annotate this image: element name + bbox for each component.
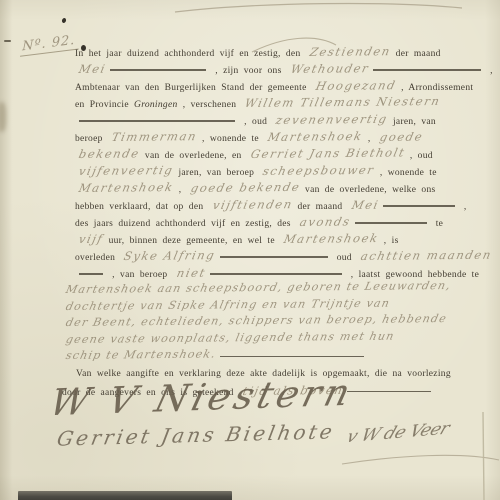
top-flourish-stroke: [175, 3, 462, 12]
printed-text: , wonende te: [375, 168, 437, 178]
signature-registrar: v W de Veer: [344, 419, 452, 447]
handwritten-entry: niet: [175, 265, 208, 282]
act-line: overleden Syke Alfring oud achttien maan…: [62, 248, 474, 265]
blank-filler-rule: [383, 205, 455, 206]
blank-filler-rule: [79, 273, 103, 274]
handwritten-entry: Gerriet Jans Bietholt: [249, 144, 407, 163]
printed-text: der maand: [390, 49, 440, 59]
act-line: In het jaar duizend achthonderd vijf en …: [62, 44, 474, 61]
act-text-block: In het jaar duizend achthonderd vijf en …: [62, 44, 474, 400]
act-line: des jaars duizend achthonderd vijf en ze…: [62, 214, 474, 231]
blank-filler-rule: [220, 356, 364, 357]
handwritten-entry: Zestienden: [308, 43, 393, 61]
handwritten-entry: bekende: [77, 145, 142, 163]
printed-text: , wonende te: [197, 134, 264, 144]
handwritten-entry: Martenshoek: [282, 230, 381, 248]
printed-text: van de overledene, en: [140, 151, 247, 161]
printed-text: overleden: [75, 253, 120, 263]
printed-text: des jaars duizend achthonderd vijf en ze…: [75, 219, 296, 229]
printed-text: In het jaar duizend achthonderd vijf en …: [75, 49, 306, 59]
act-line: vijfenveertig jaren, van beroep scheepsb…: [62, 163, 474, 180]
printed-text: der maand: [292, 202, 347, 212]
handwritten-entry: achttien maanden: [359, 247, 494, 265]
act-line: Mei , zijn voor ons Wethouder ,: [62, 61, 474, 78]
printed-text: , van beroep: [107, 270, 173, 280]
handwritten-details-block: Martenshoek aan scheepsboord, geboren te…: [62, 282, 474, 365]
handwritten-entry: Martenshoek aan scheepsboord, geboren te…: [64, 278, 453, 299]
blank-filler-rule: [347, 391, 431, 392]
handwritten-entry: Syke Alfring: [122, 247, 217, 265]
printed-text: ,: [459, 202, 467, 212]
printed-text: , Arrondissement: [396, 83, 473, 93]
printed-text: Groningen: [134, 100, 178, 110]
act-printed-form-lines: In het jaar duizend achthonderd vijf en …: [62, 44, 474, 282]
printed-text: jaren, van: [388, 117, 436, 127]
act-line: bekende van de overledene, en Gerriet Ja…: [62, 146, 474, 163]
handwritten-entry: Wethouder: [289, 60, 371, 78]
handwritten-entry: vijf: [77, 231, 105, 248]
death-record-document: Nº. 92. In het jaar duizend achthonderd …: [0, 0, 500, 500]
handwritten-entry: Hoogezand: [314, 77, 398, 95]
printed-text: , is: [379, 236, 399, 246]
handwritten-entry: vijftienden: [211, 196, 295, 214]
printed-text: jaren, van beroep: [173, 168, 259, 178]
blank-filler-rule: [355, 222, 427, 223]
handwritten-entry: Mei: [77, 61, 108, 78]
handwritten-entry: geene vaste woonplaats, liggende thans m…: [64, 328, 396, 348]
page-edge-line: [483, 412, 484, 500]
scan-smudge: [0, 102, 6, 132]
act-line: schip te Martenshoek.: [62, 348, 474, 365]
scan-edge-band: [18, 491, 232, 500]
handwritten-entry: vijfenveertig: [77, 162, 175, 180]
printed-text: te: [431, 219, 444, 229]
handwritten-entry: schip te Martenshoek.: [64, 347, 218, 365]
printed-text: , oud: [405, 151, 433, 161]
ink-speck: [61, 17, 66, 23]
act-line: Martenshoek , goede bekende van de overl…: [62, 180, 474, 197]
act-line: hebben verklaard, dat op den vijftienden…: [62, 197, 474, 214]
blank-filler-rule: [110, 69, 206, 70]
blank-filler-rule: [220, 256, 328, 257]
act-line: beroep Timmerman , wonende te Martenshoe…: [62, 129, 474, 146]
printed-text: oud: [332, 253, 358, 263]
handwritten-entry: goede bekende: [189, 179, 302, 197]
printed-text: van de overledene, welke ons: [300, 185, 436, 195]
handwritten-entry: Willem Tillemans Niestern: [243, 93, 442, 112]
ink-speck: [81, 45, 86, 51]
printed-text: , zijn voor ons: [210, 66, 287, 76]
signature-declarant-2: Gerriet Jans Bielhote: [55, 419, 337, 450]
printed-text: beroep: [75, 134, 108, 144]
blank-filler-rule: [79, 120, 235, 121]
printed-text: , verschenen: [178, 100, 242, 110]
printed-text: uur, binnen deze gemeente, en wel te: [103, 236, 280, 246]
printed-text: Ambtenaar van den Burgerlijken Stand der…: [75, 83, 312, 93]
printed-text: ,: [174, 185, 187, 195]
handwritten-entry: zevenenveertig: [274, 111, 389, 129]
handwritten-entry: Martenshoek: [77, 179, 176, 197]
printed-text: , oud: [239, 117, 272, 127]
ink-speck: [4, 40, 11, 42]
printed-text: hebben verklaard, dat op den: [75, 202, 209, 212]
printed-text: ,: [485, 66, 493, 76]
blank-filler-rule: [210, 273, 342, 274]
printed-text: ,: [363, 134, 376, 144]
act-line: en Provincie Groningen , verschenen Will…: [62, 95, 474, 112]
handwritten-entry: Martenshoek: [266, 128, 365, 146]
handwritten-entry: avonds: [298, 213, 352, 231]
act-line: geene vaste woonplaats, liggende thans m…: [62, 332, 474, 349]
signature-underline-flourish: [342, 455, 499, 464]
handwritten-entry: Mei: [350, 197, 381, 214]
blank-filler-rule: [373, 69, 481, 70]
handwritten-entry: scheepsbouwer: [261, 162, 376, 180]
handwritten-entry: Timmerman: [110, 128, 199, 146]
act-line: vijf uur, binnen deze gemeente, en wel t…: [62, 231, 474, 248]
act-line: , oud zevenenveertig jaren, van: [62, 112, 474, 129]
handwritten-entry: goede: [378, 129, 425, 146]
printed-text: en Provincie: [75, 100, 134, 110]
